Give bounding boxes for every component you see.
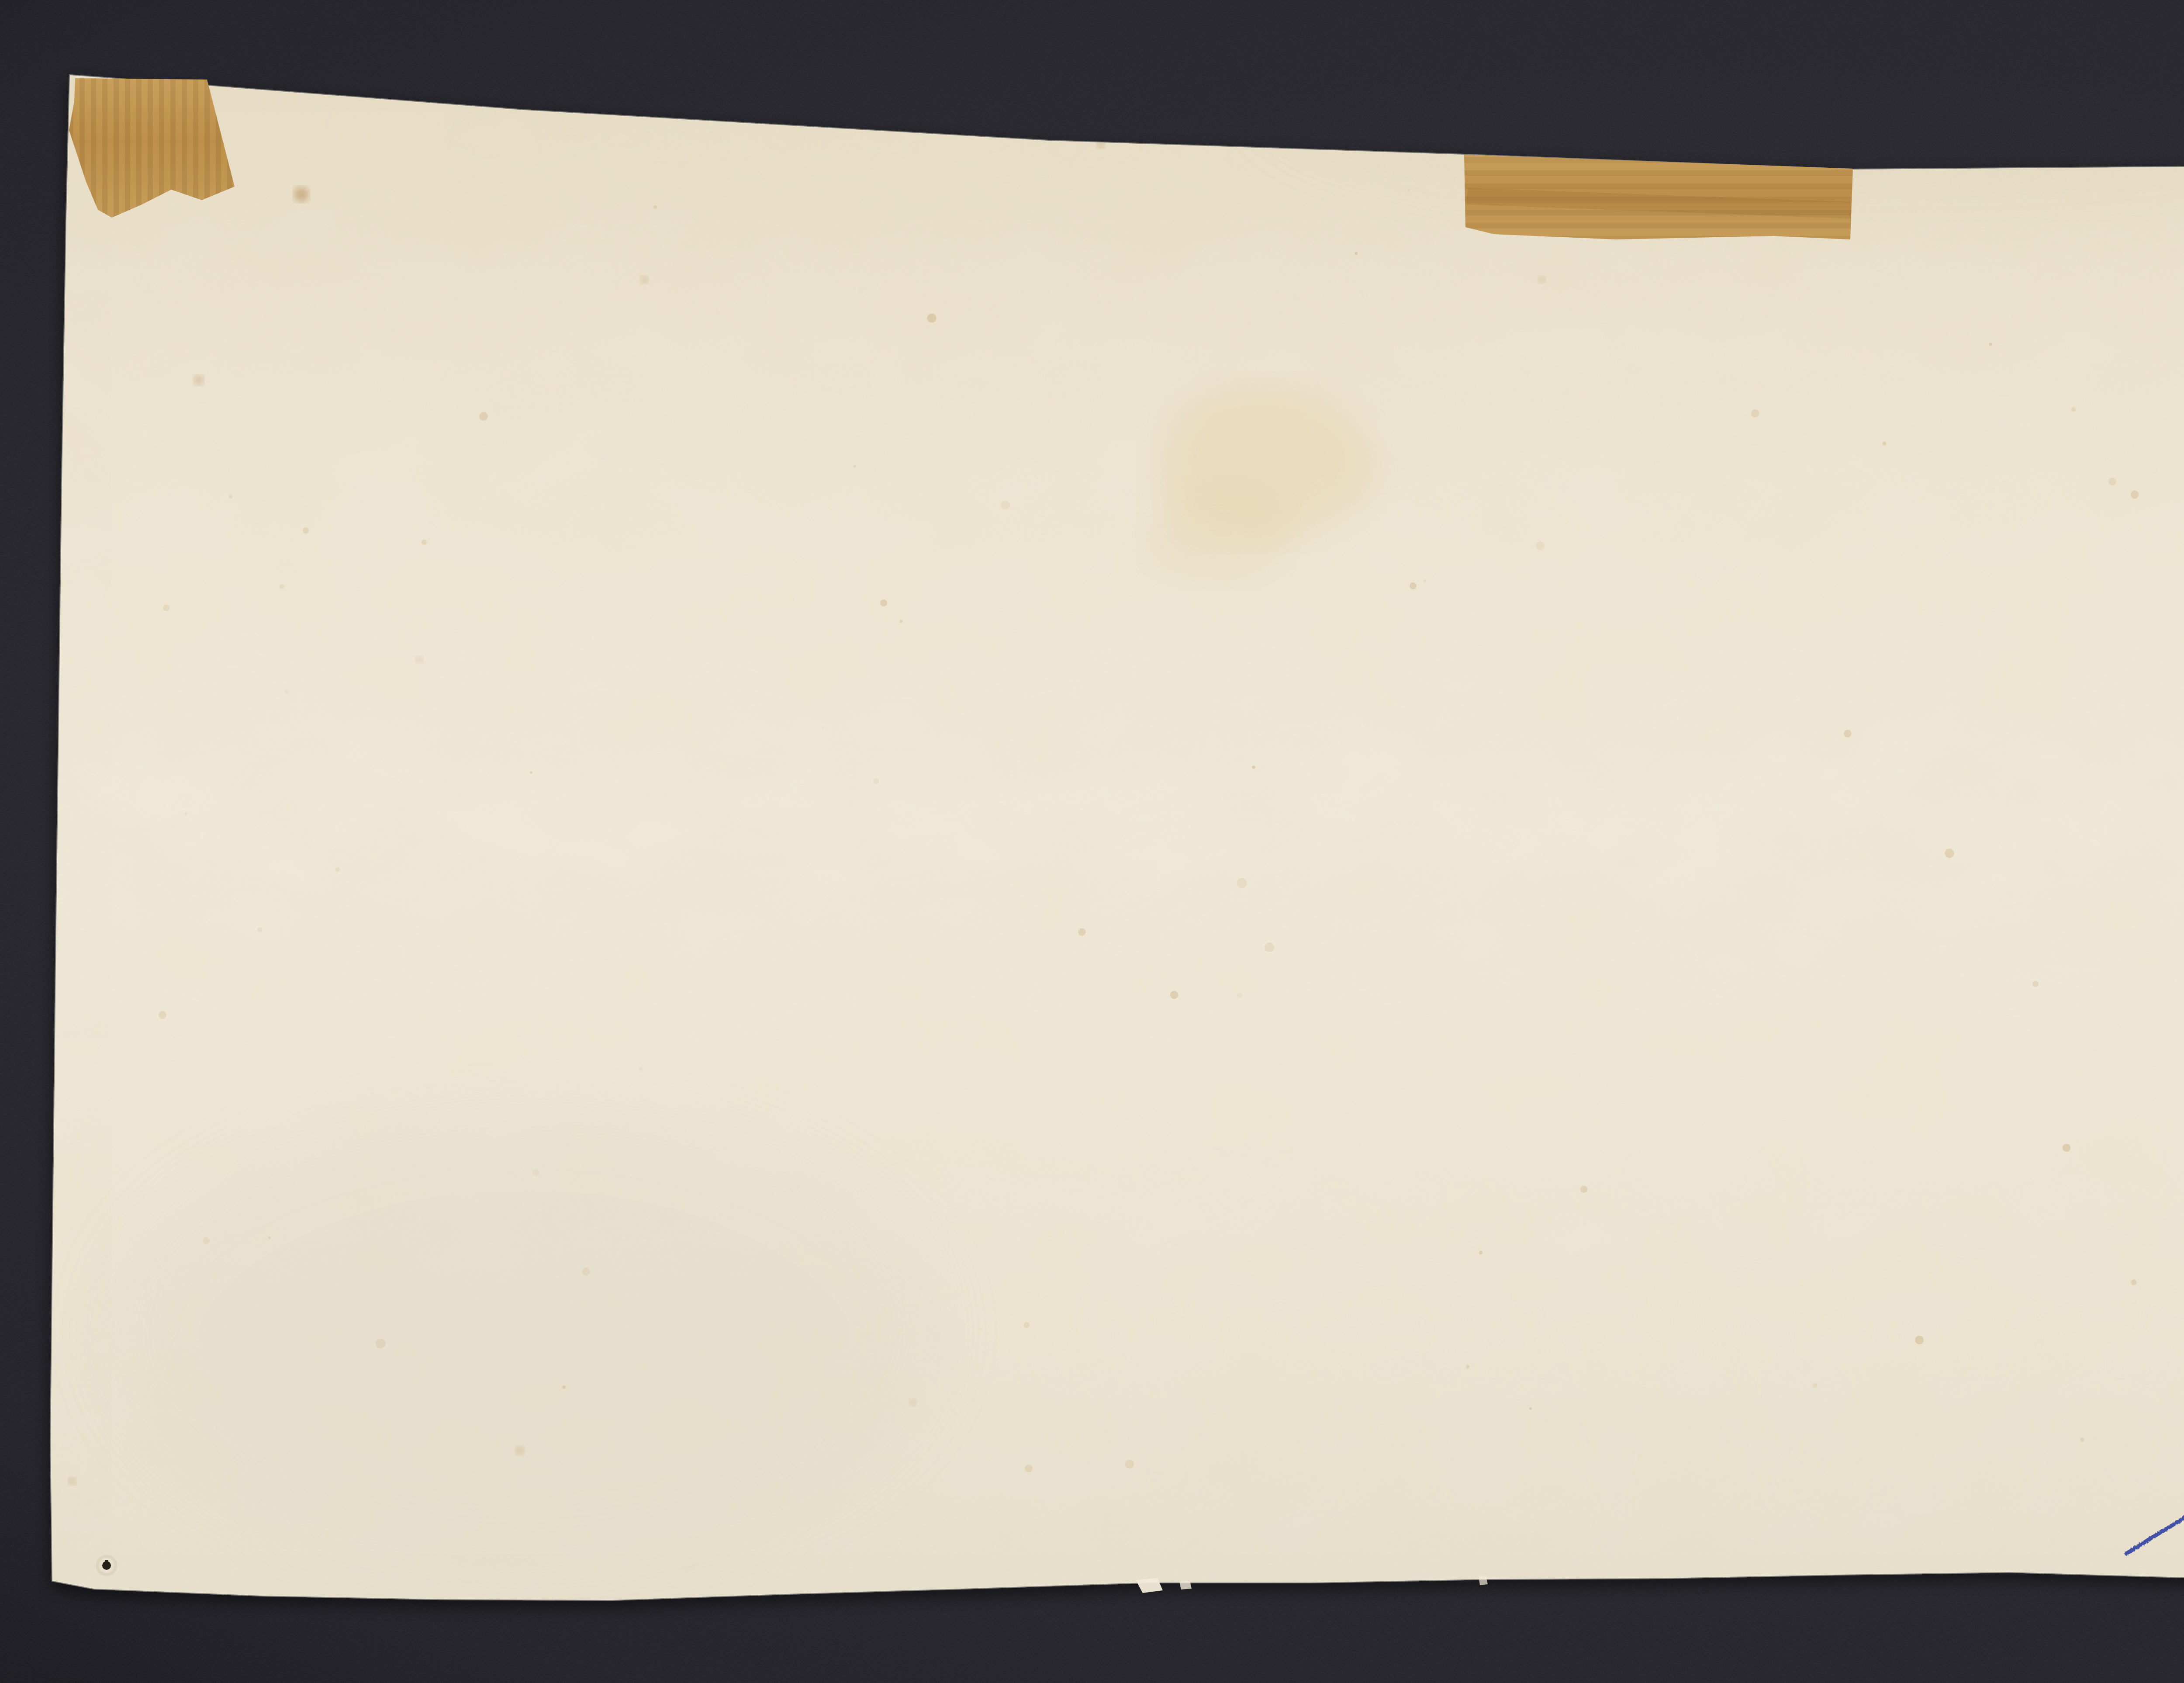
tape-top-left-texture xyxy=(69,78,235,218)
paper-sheet: Nachlaß Werner Heldt 77 xyxy=(0,0,2184,1683)
scan-canvas: Nachlaß Werner Heldt 77 xyxy=(0,0,2184,1683)
edge-nick xyxy=(1179,1581,1192,1589)
